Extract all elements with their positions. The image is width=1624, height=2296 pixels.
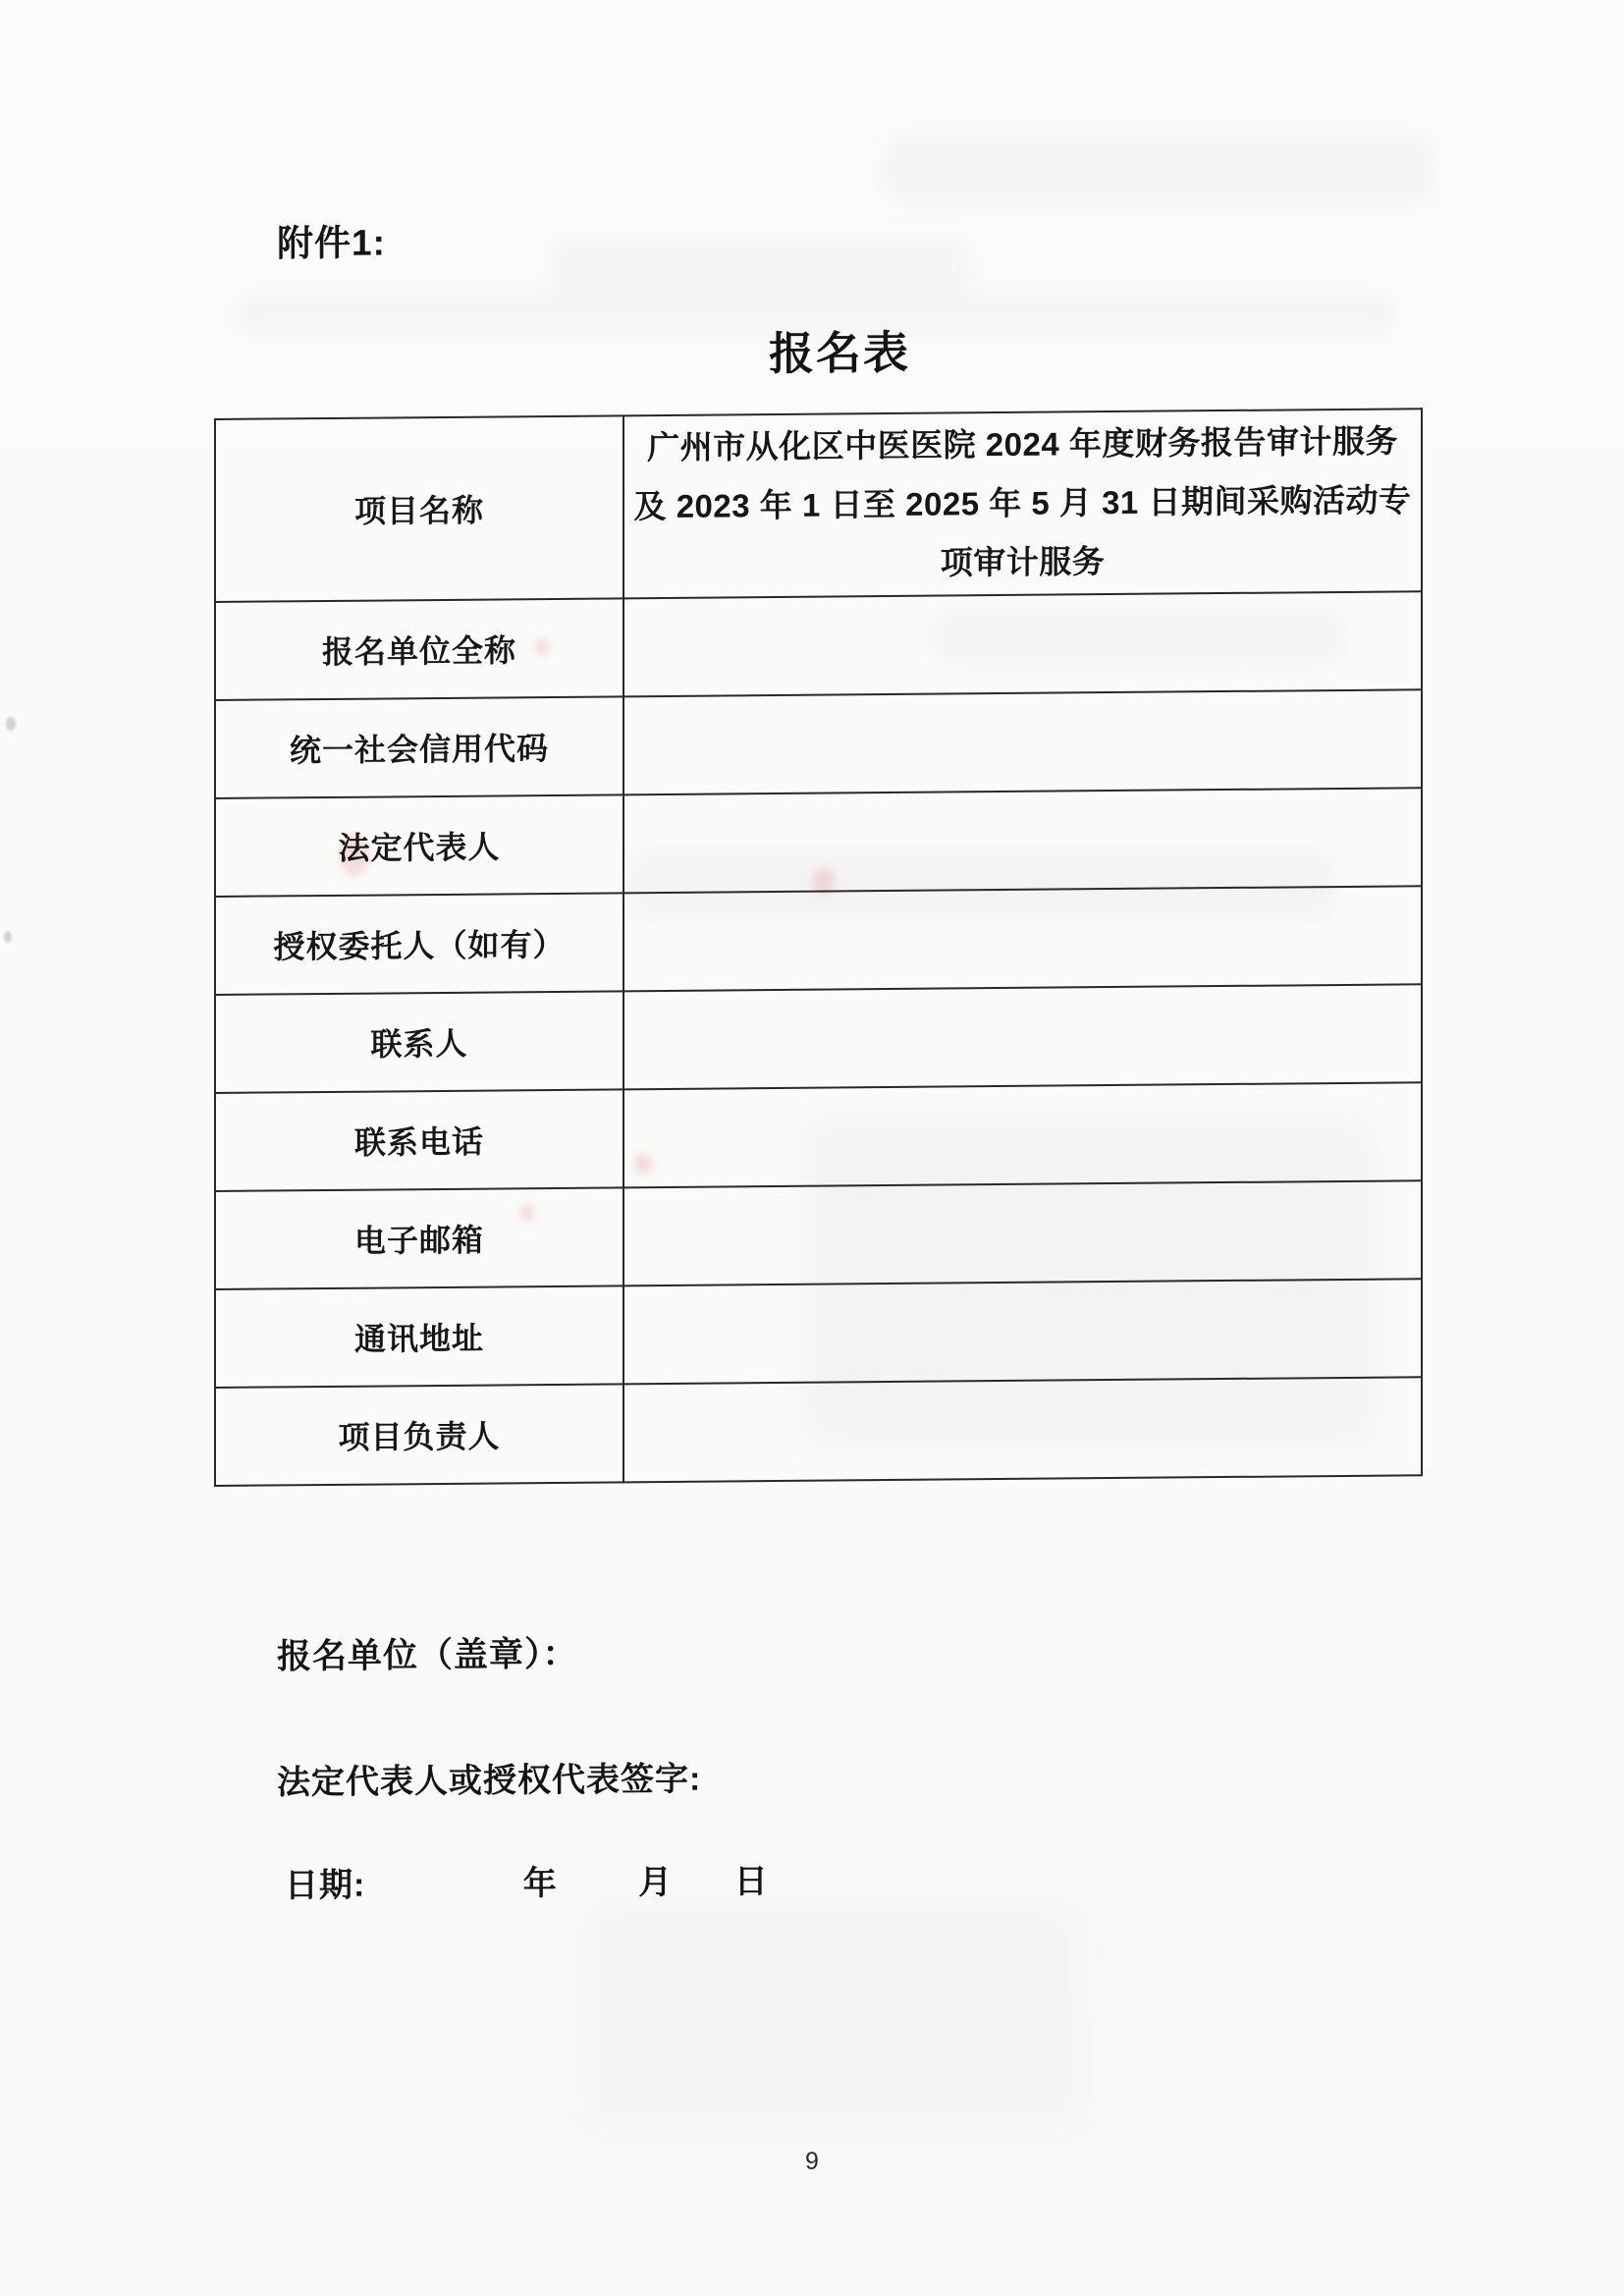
row-label-project-name: 项目名称 [215, 415, 623, 602]
cell-legal-representative-value [623, 788, 1422, 893]
row-label-contact-person: 联系人 [215, 991, 623, 1093]
cell-project-name-value: 广州市从化区中医医院 2024 年度财务报告审计服务 及 2023 年 1 日至… [623, 409, 1422, 598]
page-number: 9 [0, 2140, 1624, 2182]
attachment-label: 附件1: [277, 212, 386, 266]
table-row: 项目名称 广州市从化区中医医院 2024 年度财务报告审计服务 及 2023 年… [215, 409, 1422, 602]
cell-authorized-agent-value [623, 886, 1422, 991]
row-label-email: 电子邮箱 [215, 1187, 623, 1289]
date-day-label: 日 [734, 1854, 769, 1902]
project-name-line: 广州市从化区中医医院 2024 年度财务报告审计服务 [625, 411, 1420, 477]
signature-line-label: 法定代表人或授权代表签字: [277, 1752, 701, 1804]
project-name-line: 项审计服务 [625, 529, 1420, 595]
cell-contact-person-value [623, 984, 1422, 1089]
row-label-credit-code: 统一社会信用代码 [215, 696, 623, 798]
table-row: 统一社会信用代码 [215, 689, 1422, 798]
date-line: 日期: 年 月 日 [285, 1854, 769, 1906]
row-label-unit-name: 报名单位全称 [215, 598, 623, 700]
cell-email-value [623, 1180, 1422, 1285]
table-row: 授权委托人（如有） [215, 886, 1422, 995]
table-row: 联系电话 [215, 1082, 1422, 1191]
cell-mailing-address-value [623, 1279, 1422, 1384]
row-label-authorized-agent: 授权委托人（如有） [215, 893, 623, 995]
date-month-label: 月 [638, 1855, 673, 1903]
row-label-project-leader: 项目负责人 [215, 1384, 623, 1486]
row-label-contact-phone: 联系电话 [215, 1089, 623, 1191]
date-year-label: 年 [523, 1856, 558, 1904]
page-title: 报名表 [769, 317, 910, 383]
row-label-legal-representative: 法定代表人 [215, 794, 623, 897]
table-row: 联系人 [215, 984, 1422, 1093]
document-content: 附件1: 报名表 项目名称 广州市从化区中医医院 2024 年度财务报告审计服务… [0, 0, 1624, 2296]
table-row: 项目负责人 [215, 1377, 1422, 1486]
cell-unit-name-value [623, 591, 1422, 696]
table-row: 法定代表人 [215, 788, 1422, 897]
row-label-mailing-address: 通讯地址 [215, 1285, 623, 1388]
cell-credit-code-value [623, 689, 1422, 794]
cell-project-leader-value [623, 1377, 1422, 1482]
date-label: 日期: [285, 1858, 365, 1907]
table-row: 电子邮箱 [215, 1180, 1422, 1289]
registration-table: 项目名称 广州市从化区中医医院 2024 年度财务报告审计服务 及 2023 年… [214, 408, 1423, 1487]
project-name-line: 及 2023 年 1 日至 2025 年 5 月 31 日期间采购活动专 [625, 470, 1420, 536]
scanned-page: 附件1: 报名表 项目名称 广州市从化区中医医院 2024 年度财务报告审计服务… [0, 0, 1624, 2296]
table-row: 通讯地址 [215, 1279, 1422, 1388]
cell-contact-phone-value [623, 1082, 1422, 1187]
table-row: 报名单位全称 [215, 591, 1422, 700]
seal-line-label: 报名单位（盖章）： [277, 1627, 578, 1679]
